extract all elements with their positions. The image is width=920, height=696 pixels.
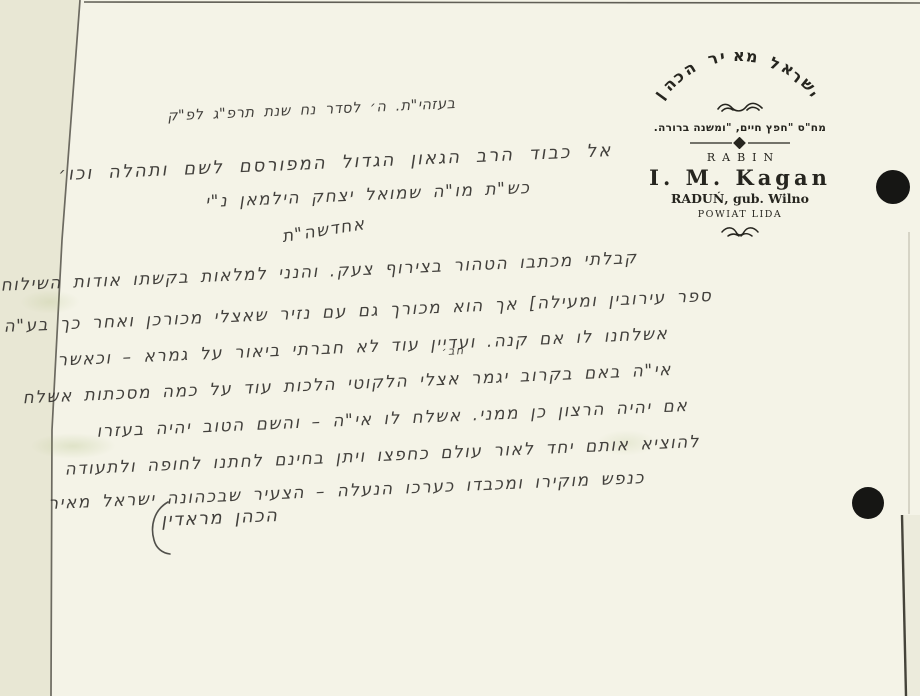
letterhead-works-line: מח"ס "חפץ חיים, "ומשנה ברורה. bbox=[628, 122, 852, 134]
letterhead-name-arc: ישראלמאירהכהן bbox=[635, 36, 845, 116]
paper-top-edge bbox=[84, 2, 920, 3]
letterhead: ישראלמאירהכהן מח"ס "חפץ חיים, "ומשנה ברו… bbox=[628, 36, 852, 240]
letterhead-address-line1: RADUŃ, gub. Wilno bbox=[628, 191, 852, 206]
letterhead-address-line2: POWIAT LIDA bbox=[628, 209, 852, 220]
signature-flourish-icon bbox=[146, 500, 172, 558]
handwritten-superscript: חב׳ bbox=[442, 344, 465, 358]
hole-punch-dot bbox=[876, 170, 910, 204]
divider-ornament-icon bbox=[690, 137, 790, 149]
letterhead-name-latin: I. M. Kagan bbox=[628, 165, 852, 190]
scanned-letter-page: ישראלמאירהכהן מח"ס "חפץ חיים, "ומשנה ברו… bbox=[0, 0, 920, 696]
flourish-ornament-icon bbox=[720, 224, 760, 240]
hole-punch-dot bbox=[852, 487, 884, 519]
letterhead-title: RABIN bbox=[628, 151, 852, 164]
